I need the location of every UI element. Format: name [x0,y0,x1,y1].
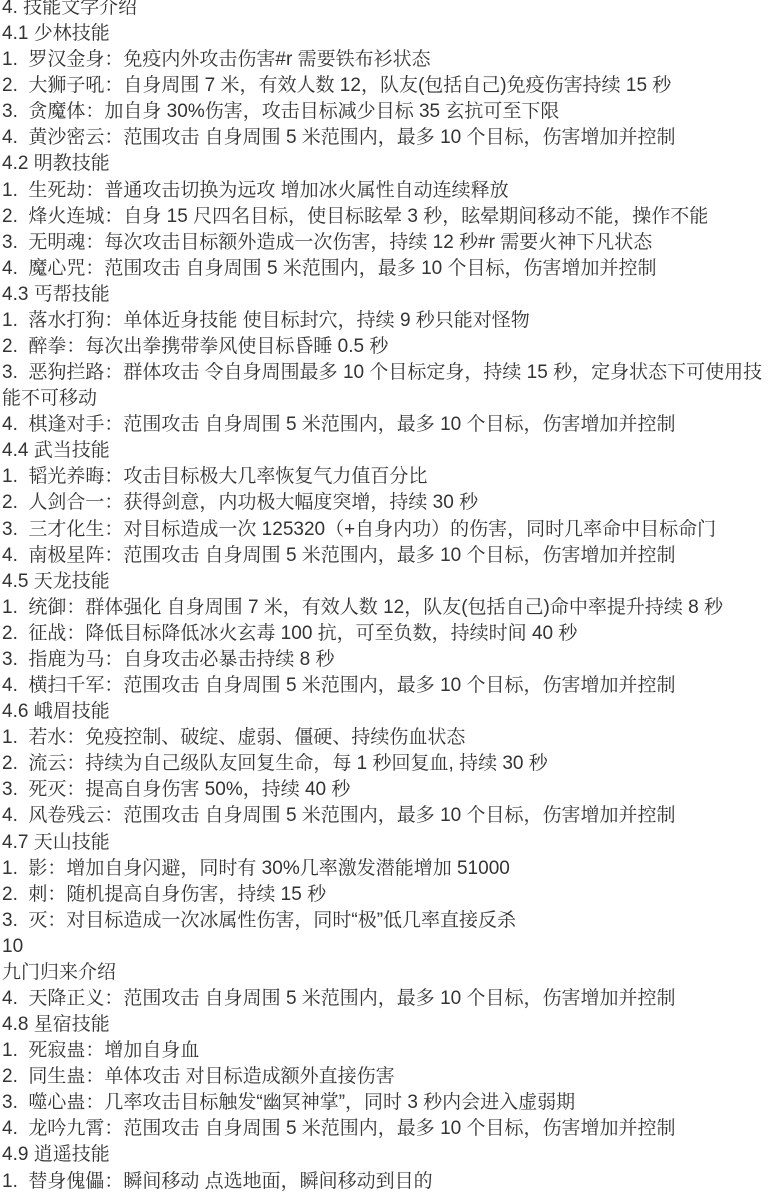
section-heading: 4.3 丐帮技能 [2,282,776,308]
doc-title-line: 4. 技能文字介绍 [2,0,776,21]
section-heading: 4.5 天龙技能 [2,569,776,595]
skill-item: 3. 指鹿为马：自身攻击必暴击持续 8 秒 [2,647,776,673]
skill-item: 2. 同生蛊：单体攻击 对目标造成额外直接伤害 [2,1064,776,1090]
skill-item: 4. 龙吟九霄：范围攻击 自身周围 5 米范围内，最多 10 个目标，伤害增加并… [2,1116,776,1142]
skill-item: 4. 黄沙密云：范围攻击 自身周围 5 米范围内，最多 10 个目标，伤害增加并… [2,125,776,151]
skill-item: 3. 灭：对目标造成一次冰属性伤害，同时“极”低几率直接反杀 [2,908,776,934]
skill-item: 1. 替身傀儡：瞬间移动 点选地面，瞬间移动到目的 [2,1169,776,1195]
skill-item: 1. 影：增加自身闪避，同时有 30%几率激发潜能增加 51000 [2,856,776,882]
skill-item: 2. 烽火连城：自身 15 尺四名目标，使目标眩晕 3 秒，眩晕期间移动不能，操… [2,204,776,230]
page-number: 10 [2,934,776,960]
skill-item: 1. 若水：免疫控制、破绽、虚弱、僵硬、持续伤血状态 [2,725,776,751]
skill-item: 2. 大狮子吼：自身周围 7 米，有效人数 12，队友(包括自己)免疫伤害持续 … [2,73,776,99]
skill-item: 1. 生死劫：普通攻击切换为远攻 增加冰火属性自动连续释放 [2,178,776,204]
skill-item: 4. 天降正义：范围攻击 自身周围 5 米范围内，最多 10 个目标，伤害增加并… [2,986,776,1012]
skill-item: 2. 流云：持续为自己级队友回复生命，每 1 秒回复血, 持续 30 秒 [2,751,776,777]
skill-item: 3. 噬心蛊：几率攻击目标触发“幽冥神掌”，同时 3 秒内会进入虚弱期 [2,1090,776,1116]
skill-item: 2. 人剑合一：获得剑意，内功极大幅度突增，持续 30 秒 [2,490,776,516]
skill-item: 3. 无明魂：每次攻击目标额外造成一次伤害，持续 12 秒#r 需要火神下凡状态 [2,230,776,256]
skill-item-continuation: 能不可移动 [2,386,776,412]
skill-item: 4. 横扫千军：范围攻击 自身周围 5 米范围内，最多 10 个目标，伤害增加并… [2,673,776,699]
skill-item: 4. 风卷残云：范围攻击 自身周围 5 米范围内，最多 10 个目标，伤害增加并… [2,803,776,829]
section-heading: 4.2 明教技能 [2,151,776,177]
skill-item: 3. 三才化生：对目标造成一次 125320（+自身内功）的伤害，同时几率命中目… [2,517,776,543]
section-heading: 4.4 武当技能 [2,438,776,464]
skill-item: 3. 恶狗拦路：群体攻击 令自身周围最多 10 个目标定身，持续 15 秒，定身… [2,360,776,386]
section-heading: 4.7 天山技能 [2,830,776,856]
section-heading: 4.1 少林技能 [2,21,776,47]
section-heading: 4.6 峨眉技能 [2,699,776,725]
skill-item: 4. 棋逢对手：范围攻击 自身周围 5 米范围内，最多 10 个目标，伤害增加并… [2,412,776,438]
skill-item: 2. 征战：降低目标降低冰火玄毒 100 抗，可至负数，持续时间 40 秒 [2,621,776,647]
skill-item: 1. 统御：群体强化 自身周围 7 米，有效人数 12，队友(包括自己)命中率提… [2,595,776,621]
section-heading: 4.9 逍遥技能 [2,1142,776,1168]
skill-item: 2. 刺：随机提高自身伤害，持续 15 秒 [2,882,776,908]
skill-item: 3. 死灭：提高自身伤害 50%，持续 40 秒 [2,777,776,803]
skill-item: 1. 韬光养晦：攻击目标极大几率恢复气力值百分比 [2,464,776,490]
section-heading: 4.8 星宿技能 [2,1012,776,1038]
document-text: 4. 技能文字介绍4.1 少林技能1. 罗汉金身：免疫内外攻击伤害#r 需要铁布… [2,0,776,1195]
skill-item: 1. 死寂蛊：增加自身血 [2,1038,776,1064]
skill-item: 1. 罗汉金身：免疫内外攻击伤害#r 需要铁布衫状态 [2,47,776,73]
skill-item: 4. 南极星阵：范围攻击 自身周围 5 米范围内，最多 10 个目标，伤害增加并… [2,543,776,569]
skill-item: 2. 醉拳：每次出拳携带拳风使目标昏睡 0.5 秒 [2,334,776,360]
skill-item: 4. 魔心咒：范围攻击 自身周围 5 米范围内，最多 10 个目标，伤害增加并控… [2,256,776,282]
skill-item: 1. 落水打狗：单体近身技能 使目标封穴，持续 9 秒只能对怪物 [2,308,776,334]
section-intro-line: 九门归来介绍 [2,960,776,986]
skill-item: 3. 贪魔体：加自身 30%伤害，攻击目标减少目标 35 玄抗可至下限 [2,99,776,125]
